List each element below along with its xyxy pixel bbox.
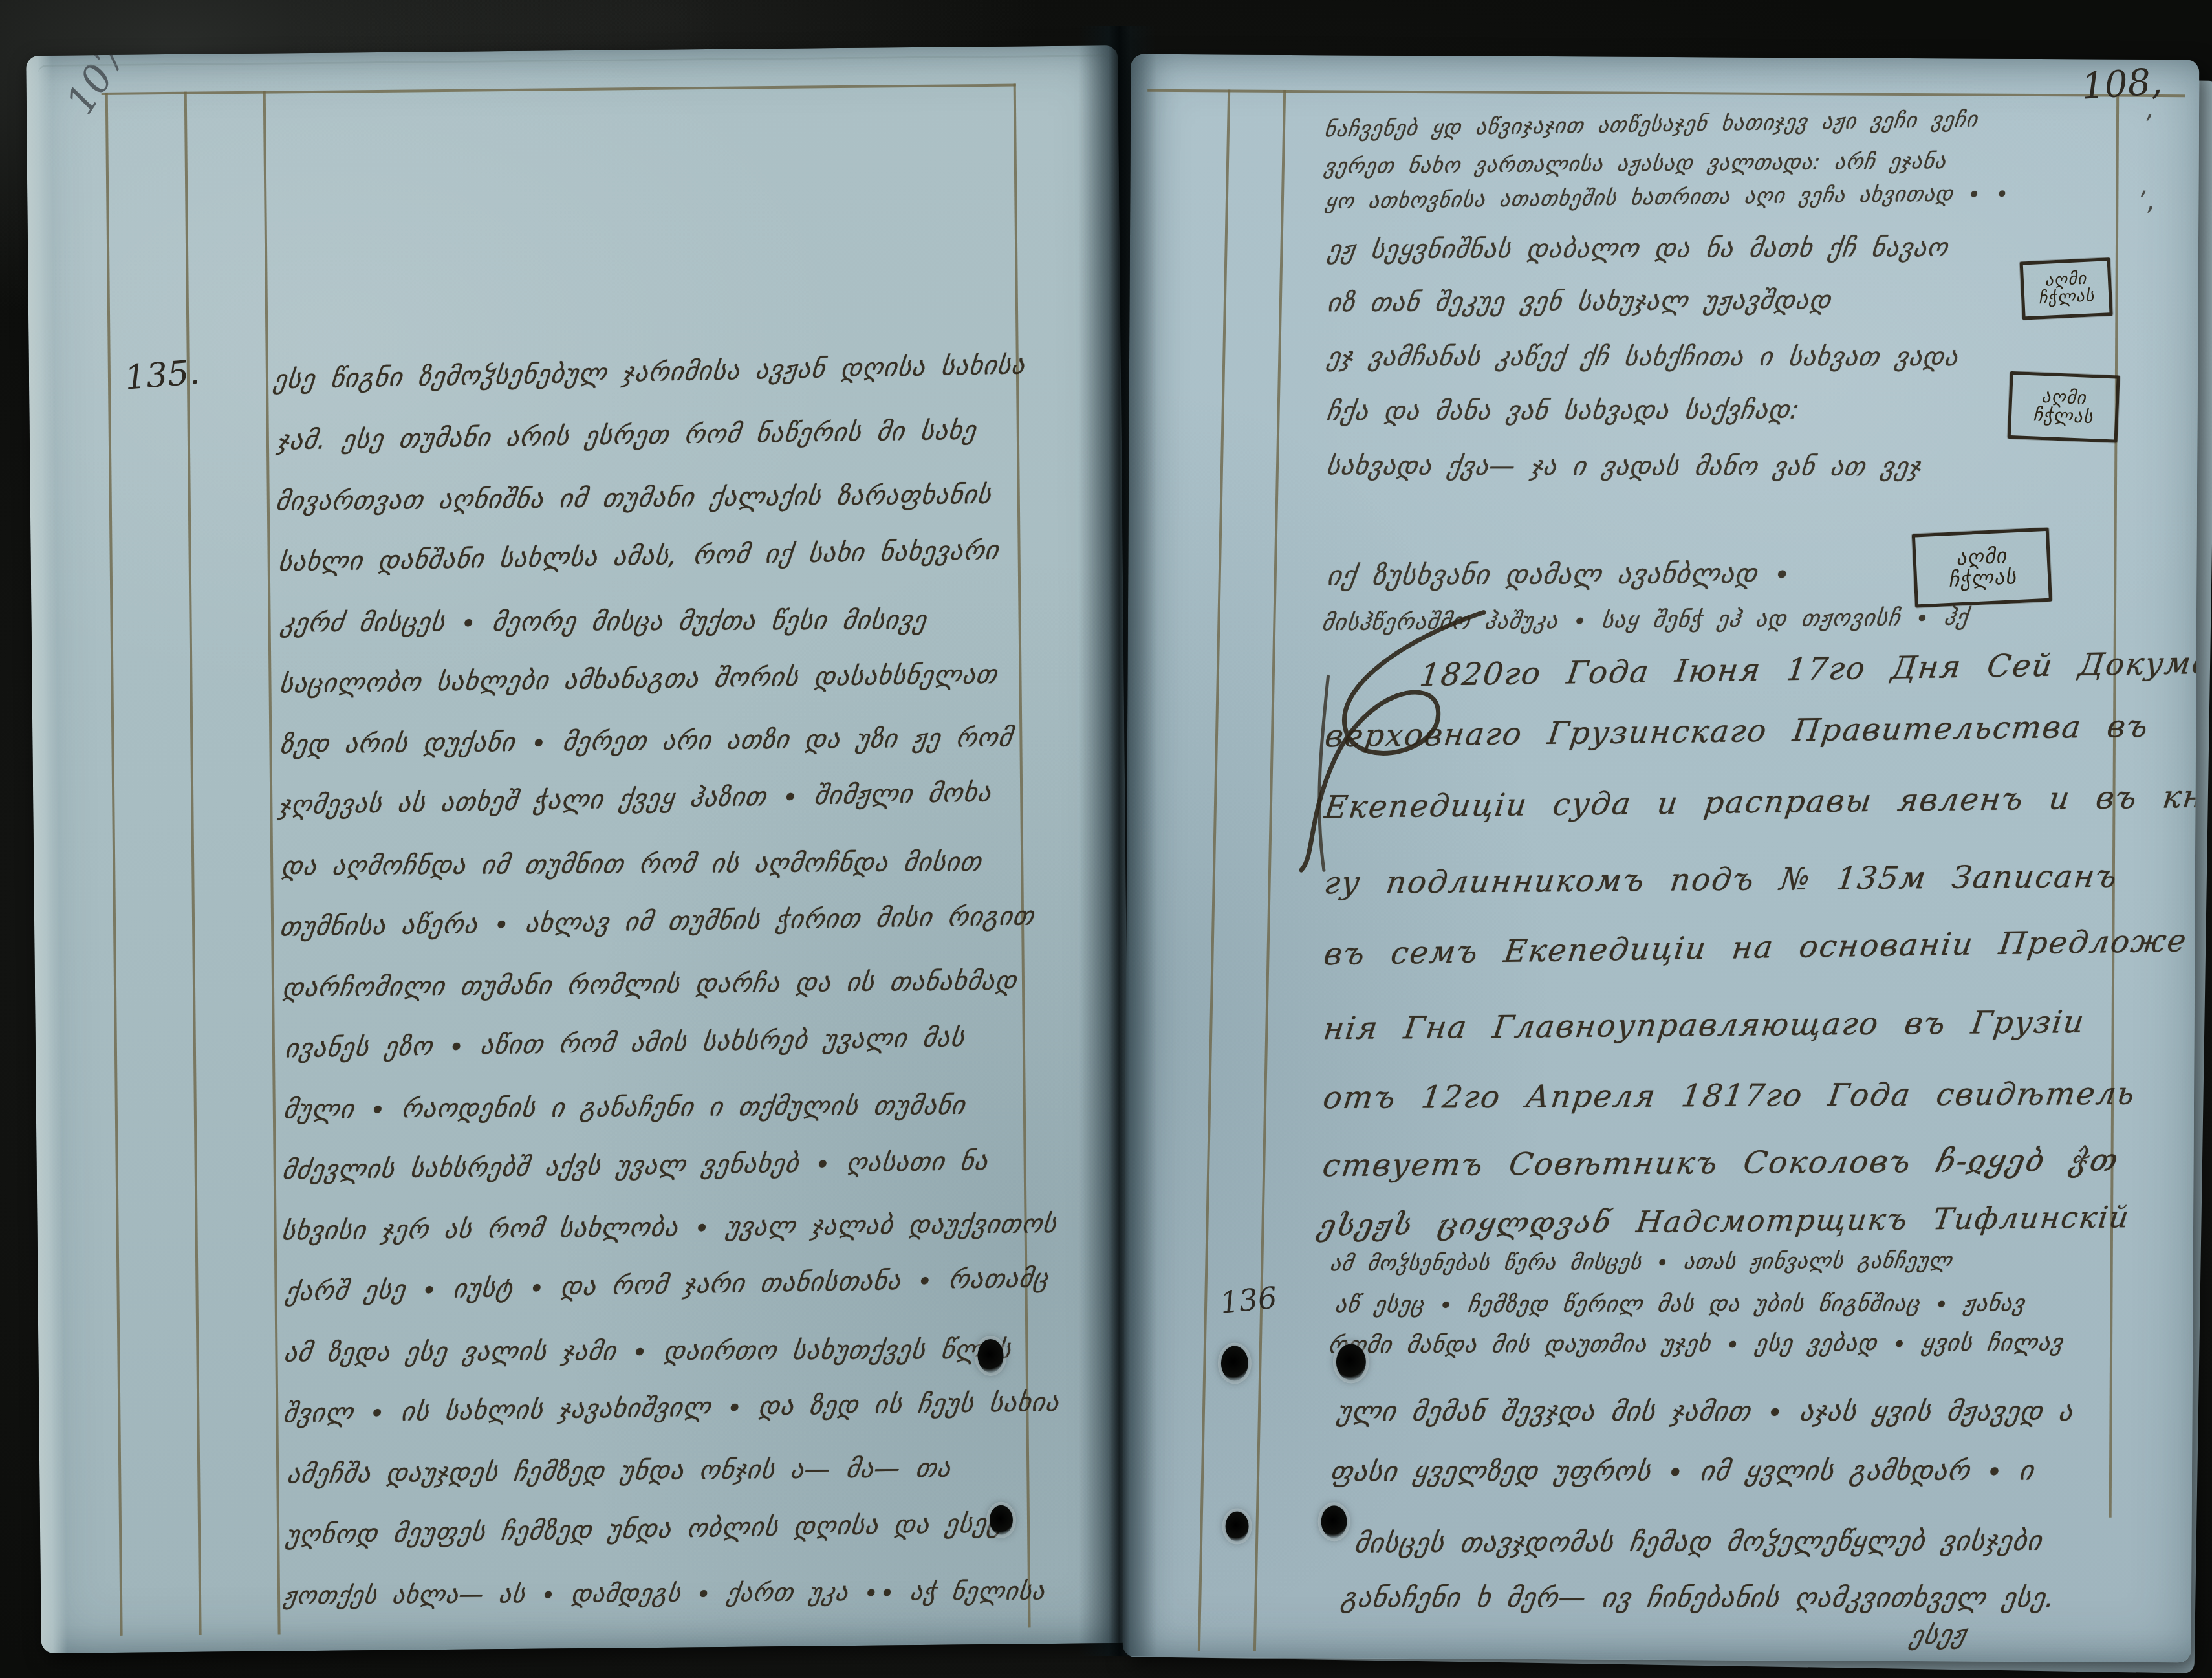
georgian-line-15: სხვისი ჯერ ას რომ სახლობა ∙ უვალ ჯალაბ დ… xyxy=(280,1209,1059,1247)
georgian-line-12: ივანეს ეზო ∙ აწით რომ ამის სახსრებ უვალი… xyxy=(283,1023,966,1063)
georgian-line-2: ჯამ. ესე თუმანი არის ესრეთ რომ ნაწერის მ… xyxy=(276,415,979,455)
attestation-line-2: верховнаго Грузинскаго Правительства въ xyxy=(1323,708,2151,754)
georgian-line-16: ქარშ ესე ∙ იუსტ ∙ და რომ ჯარი თანისთანა … xyxy=(284,1263,1051,1307)
entry-number-135: 135. xyxy=(124,353,201,398)
attestation-line-6: нія Гна Главноуправляющаго въ Грузіи xyxy=(1321,1004,2087,1047)
georgian-line-10: თუმნისა აწერა ∙ ახლავ იმ თუმნის ჭირით მი… xyxy=(278,901,1036,942)
georgian-line-9: და აღმოჩნდა იმ თუმნით რომ ის აღმოჩნდა მი… xyxy=(279,847,984,882)
edge-marks: ʼʼ, xyxy=(1131,54,2199,60)
stamp-box-3: აღმიჩჭლას xyxy=(1912,528,2052,608)
edge-mark-1: ʼ xyxy=(2145,110,2153,140)
georgian-top-line-4: ეჟ სეყვნიშნას დაბალო და ნა მათხ ქჩ ნავაო xyxy=(1326,233,1951,265)
left-page: 107 135. ესე წიგნი ზემოჴსენებულ ჯარიმისა… xyxy=(26,45,1133,1653)
margin-rule-v3 xyxy=(263,91,281,1635)
margin-rule-v2 xyxy=(1253,90,1286,1651)
attestation-line-8: ствуетъ Совѣтникъ Соколовъ ჩ-ჲყებ ჭთ xyxy=(1321,1142,2121,1184)
stamp-box-2: აღმიჩჭლას xyxy=(2008,371,2120,443)
stamp-text: ჩჭლას xyxy=(2038,287,2095,307)
georgian-bottom-line-6: მისცეს თავჯდომას ჩემად მოჴელეწყლებ ვისჯე… xyxy=(1352,1525,2044,1559)
georgian-bottom-line-3: რომი მანდა მის დაუთმია უჯეხ ∙ ესე ვებად … xyxy=(1327,1329,2065,1358)
georgian-line-7: ზედ არის დუქანი ∙ მერეთ არი ათზი და უზი … xyxy=(278,723,1014,760)
georgian-bottom-line-1: ამ მოჴსენებას წერა მისცეს ∙ ათას ჟინვალს… xyxy=(1328,1247,1955,1276)
punch-hole-2 xyxy=(990,1505,1013,1535)
attestation-line-4: гу подлинникомъ подъ № 135м Записанъ xyxy=(1322,858,2120,902)
georgian-line-20: უღნოდ მეუფეს ჩემზედ უნდა ობლის დღისა და … xyxy=(284,1509,1004,1550)
georgian-line-4: სახლი დანშანი სახლსა ამას, რომ იქ სახი ნ… xyxy=(277,536,1001,578)
georgian-line-1: ესე წიგნი ზემოჴსენებულ ჯარიმისა ავჟან დღ… xyxy=(272,350,1027,395)
georgian-line-17: ამ ზედა ესე ვალის ჯამი ∙ დაირთო სახუთქვე… xyxy=(282,1335,1014,1367)
georgian-bottom-line-4: ული მემან შევჯდა მის ჯამით ∙ აჯას ყვის მ… xyxy=(1335,1395,2076,1427)
stamp-boxes: აღმიჩჭლასაღმიჩჭლასაღმიჩჭლას xyxy=(1131,54,2199,60)
georgian-line-11: დარჩომილი თუმანი რომლის დარჩა და ის თანა… xyxy=(281,966,1019,1003)
georgian-top-line-7: ჩქა და მანა ვან სახვადა საქვჩად: xyxy=(1325,395,1801,427)
georgian-bottom-line-5: ფასი ყველზედ უფროს ∙ იმ ყვლის გამხდარ ∙ … xyxy=(1328,1454,2037,1487)
left-page-text-block: ესე წიგნი ზემოჴსენებულ ჯარიმისა ავჟან დღ… xyxy=(26,45,1118,56)
edge-mark-2: ʼ, xyxy=(2139,186,2156,216)
georgian-bottom-line-7: განაჩენი ხ მერ— ივ ჩინებანის ღამკვითხველ… xyxy=(1339,1582,2057,1613)
punch-hole-2 xyxy=(1336,1344,1366,1380)
margin-rule-v1 xyxy=(105,93,123,1636)
attestation-line-9: ესეჟს ციყლდვან Надсмотрщикъ Тифлинскій xyxy=(1317,1199,2132,1243)
right-page-punch-holes xyxy=(1131,54,2199,60)
attestation-line-5: въ семъ Екепедиціи на основаніи Предложе xyxy=(1322,922,2189,972)
right-page-georgian-top-block: ნაჩვენებ ყდ აწვიჯაჯით ათწესაჯენ ხათიჯევ … xyxy=(1131,54,2199,60)
georgian-line-21: ჟოთქეს ახლა— ას ∙ დამდეგს ∙ ქართ უკა ∙∙ … xyxy=(282,1576,1047,1609)
right-page-georgian-bottom-block: ამ მოჴსენებას წერა მისცეს ∙ ათას ჟინვალს… xyxy=(1131,54,2199,60)
georgian-line-8: ჯღმევას ას ათხეშ ჭალი ქვეყ ჰაზით ∙ შიმჟლ… xyxy=(277,778,993,820)
attestation-line-1: 1820го Года Іюня 17го Дня Сей Документъ xyxy=(1418,644,2199,693)
folio-number-left: 107 xyxy=(58,45,136,122)
georgian-line-13: მული ∙ რაოდენის ი განაჩენი ი თქმულის თუმ… xyxy=(282,1091,968,1124)
stamp-box-1: აღმიჩჭლას xyxy=(2020,257,2113,320)
punch-hole-1 xyxy=(1221,1346,1248,1380)
margin-rule-top xyxy=(102,83,1016,95)
georgian-line-3: მივართვათ აღნიშნა იმ თუმანი ქალაქის ზარა… xyxy=(274,480,993,517)
margin-rule-v2 xyxy=(184,92,202,1635)
georgian-top-line-8: სახვადა ქვა— ჯა ი ვადას მანო ვან ათ ვეჯ xyxy=(1325,451,1924,482)
georgian-top-line-10: მისჰწერაშმო ჰაშუკა ∙ საყ შენჭ ეჰ ად თჟოვ… xyxy=(1320,605,1970,637)
punch-hole-4 xyxy=(1321,1505,1347,1538)
attestation-line-7: отъ 12го Апреля 1817го Года свидѣтель xyxy=(1321,1076,2138,1117)
georgian-line-14: მძევლის სახსრებშ აქვს უვალ ვენახებ ∙ ღას… xyxy=(281,1146,990,1185)
georgian-top-line-2: ვერეთ ნახო ვართალისა აჟასად ვალთადა: არჩ… xyxy=(1323,148,1948,179)
punch-hole-3 xyxy=(1225,1511,1248,1541)
stamp-text: ჩჭლას xyxy=(1948,566,2017,591)
georgian-top-line-1: ნაჩვენებ ყდ აწვიჯაჯით ათწესაჯენ ხათიჯევ … xyxy=(1323,106,1979,142)
georgian-top-line-6: ეჯ ვამჩანას კაწექ ქჩ სახქჩითა ი სახვათ ვ… xyxy=(1325,342,1960,372)
margin-rule-v1 xyxy=(1198,89,1230,1651)
georgian-top-line-3: ყო ათხოვნისა ათათხეშის ხათრითა აღი ვეჩა … xyxy=(1324,180,2011,213)
left-page-punch-holes xyxy=(26,45,1118,56)
signature: ესეჟ xyxy=(1907,1620,1970,1651)
scanned-manuscript-spread: 107 135. ესე წიგნი ზემოჴსენებულ ჯარიმისა… xyxy=(0,0,2212,1678)
punch-hole-1 xyxy=(977,1339,1003,1373)
georgian-line-19: ამეჩშა დაუჯდეს ჩემზედ უნდა ონჯის ა— მა— … xyxy=(285,1453,953,1489)
georgian-top-line-9: იქ ზუსხვანი დამალ ავანბლად ∙ xyxy=(1325,558,1794,592)
folio-number-right: 108, xyxy=(2080,61,2163,108)
georgian-bottom-line-2: აწ ესეც ∙ ჩემზედ წერილ მას და უბის წიგნშ… xyxy=(1334,1291,2027,1318)
right-page: 108, 136 ნაჩვენებ ყდ აწვიჯაჯით ათწესაჯენ… xyxy=(1123,54,2200,1663)
right-page-attestation-block: 1820го Года Іюня 17го Дня Сей Документъв… xyxy=(1131,54,2199,60)
georgian-line-18: შვილ ∙ ის სახლის ჯავახიშვილ ∙ და ზედ ის … xyxy=(281,1388,1061,1429)
georgian-line-6: საცილობო სახლები ამხანაგთა შორის დასახსნ… xyxy=(278,660,999,699)
georgian-line-5: კერძ მისცეს ∙ მეორე მისცა მუქთა წესი მის… xyxy=(279,605,928,638)
stamp-text: ჩჭლას xyxy=(2033,406,2094,426)
georgian-top-line-5: იზ თან შეკუე ვენ სახუჯალ უჟავშდად xyxy=(1325,285,1833,318)
attestation-line-3: Екепедиціи суда и расправы явленъ и въ к… xyxy=(1323,778,2200,825)
entry-number-136: 136 xyxy=(1219,1280,1279,1320)
margin-rule-top xyxy=(1147,89,2185,97)
